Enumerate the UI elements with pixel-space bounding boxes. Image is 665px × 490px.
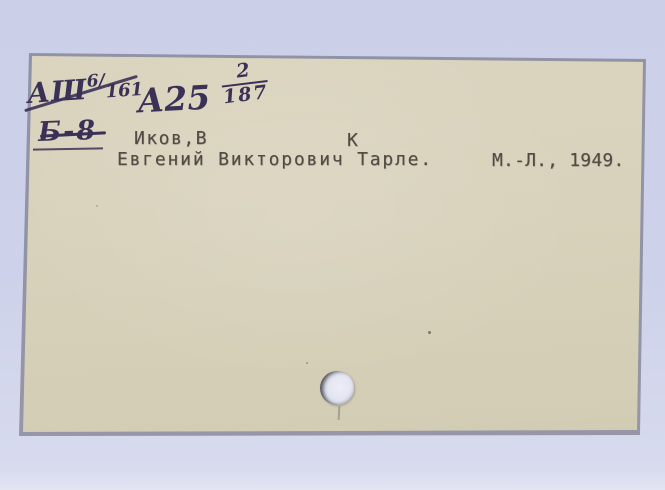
call-number-base: А25 bbox=[136, 78, 211, 121]
card-content: АШ6/161 А252187 Б-8 Иков,В К Евгений Вик… bbox=[0, 0, 665, 490]
paper-speck bbox=[96, 205, 98, 207]
shelf-mark-underline bbox=[33, 147, 103, 150]
author-heading: Иков,В bbox=[134, 128, 208, 149]
paper-speck bbox=[428, 331, 431, 334]
title-line: Евгений Викторович Тарле. bbox=[117, 149, 433, 170]
imprint: М.-Л., 1949. bbox=[492, 150, 624, 171]
classification-letter: К bbox=[347, 130, 359, 151]
call-number: А252187 bbox=[136, 61, 269, 121]
punch-hole bbox=[320, 371, 354, 405]
scratch-mark bbox=[338, 406, 340, 420]
photo-background: АШ6/161 А252187 Б-8 Иков,В К Евгений Вик… bbox=[0, 0, 665, 490]
call-number-fraction: 2187 bbox=[219, 59, 270, 108]
paper-speck bbox=[306, 362, 308, 364]
call-number-denominator: 187 bbox=[222, 82, 270, 108]
